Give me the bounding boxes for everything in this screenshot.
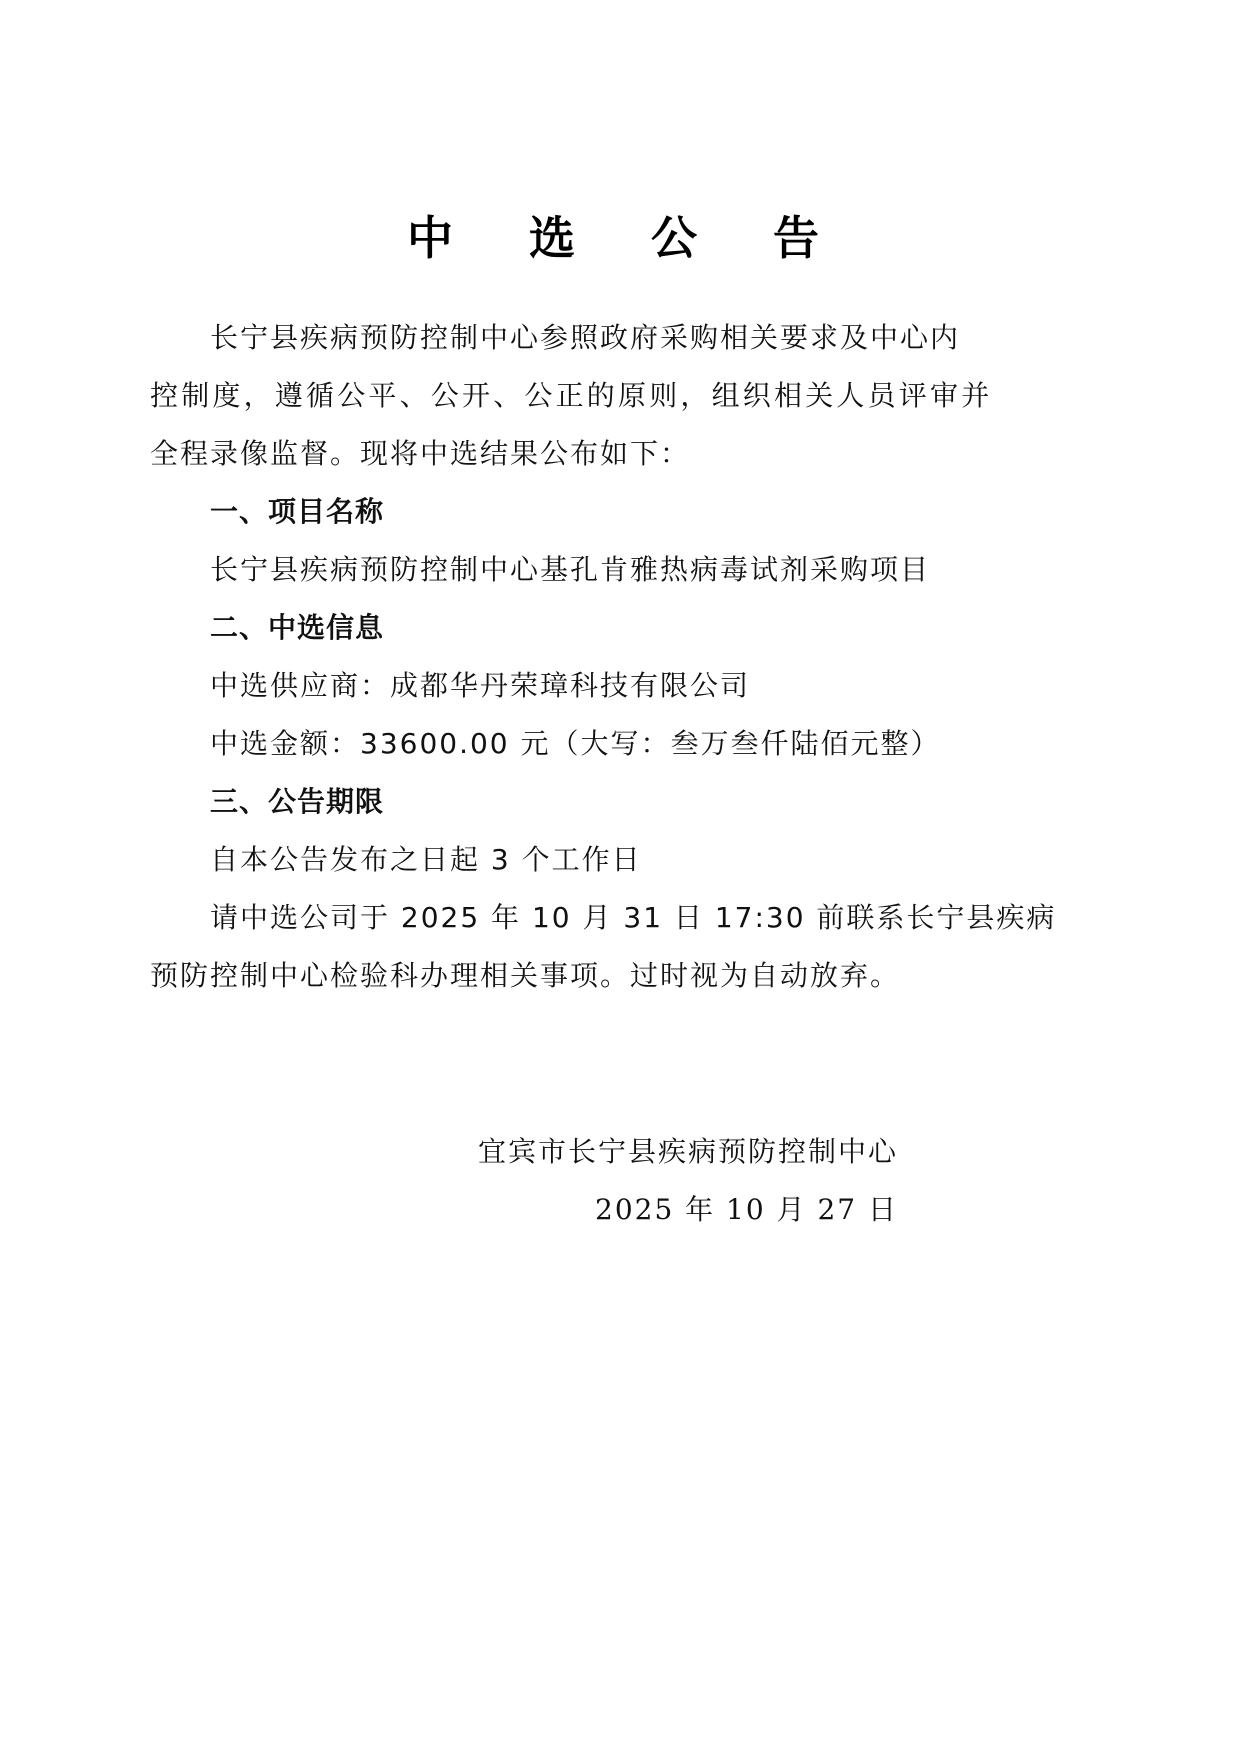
project-name: 长宁县疾病预防控制中心基孔肯雅热病毒试剂采购项目 [210,550,1150,590]
section-heading-project-name: 一、项目名称 [210,492,1150,532]
document-title: 中 选 公 告 [0,208,1240,268]
document-page: 中 选 公 告 长宁县疾病预防控制中心参照政府采购相关要求及中心内 控制度，遵循… [0,0,1240,1754]
signature-date: 2025 年 10 月 27 日 [595,1190,1240,1230]
notice-period: 自本公告发布之日起 3 个工作日 [210,840,1150,880]
intro-line-2: 控制度，遵循公平、公开、公正的原则，组织相关人员评审并 [150,376,1090,416]
winning-supplier: 中选供应商：成都华丹荣璋科技有限公司 [210,666,1150,706]
notice-line-2: 预防控制中心检验科办理相关事项。过时视为自动放弃。 [150,956,1090,996]
notice-line-1: 请中选公司于 2025 年 10 月 31 日 17:30 前联系长宁县疾病 [210,898,1150,938]
winning-amount: 中选金额：33600.00 元（大写：叁万叁仟陆佰元整） [210,724,1150,764]
intro-line-3: 全程录像监督。现将中选结果公布如下： [150,434,1090,474]
section-heading-notice-period: 三、公告期限 [210,782,1150,822]
signature-organization: 宜宾市长宁县疾病预防控制中心 [478,1132,1240,1172]
section-heading-winner-info: 二、中选信息 [210,608,1150,648]
intro-line-1: 长宁县疾病预防控制中心参照政府采购相关要求及中心内 [210,318,1150,358]
